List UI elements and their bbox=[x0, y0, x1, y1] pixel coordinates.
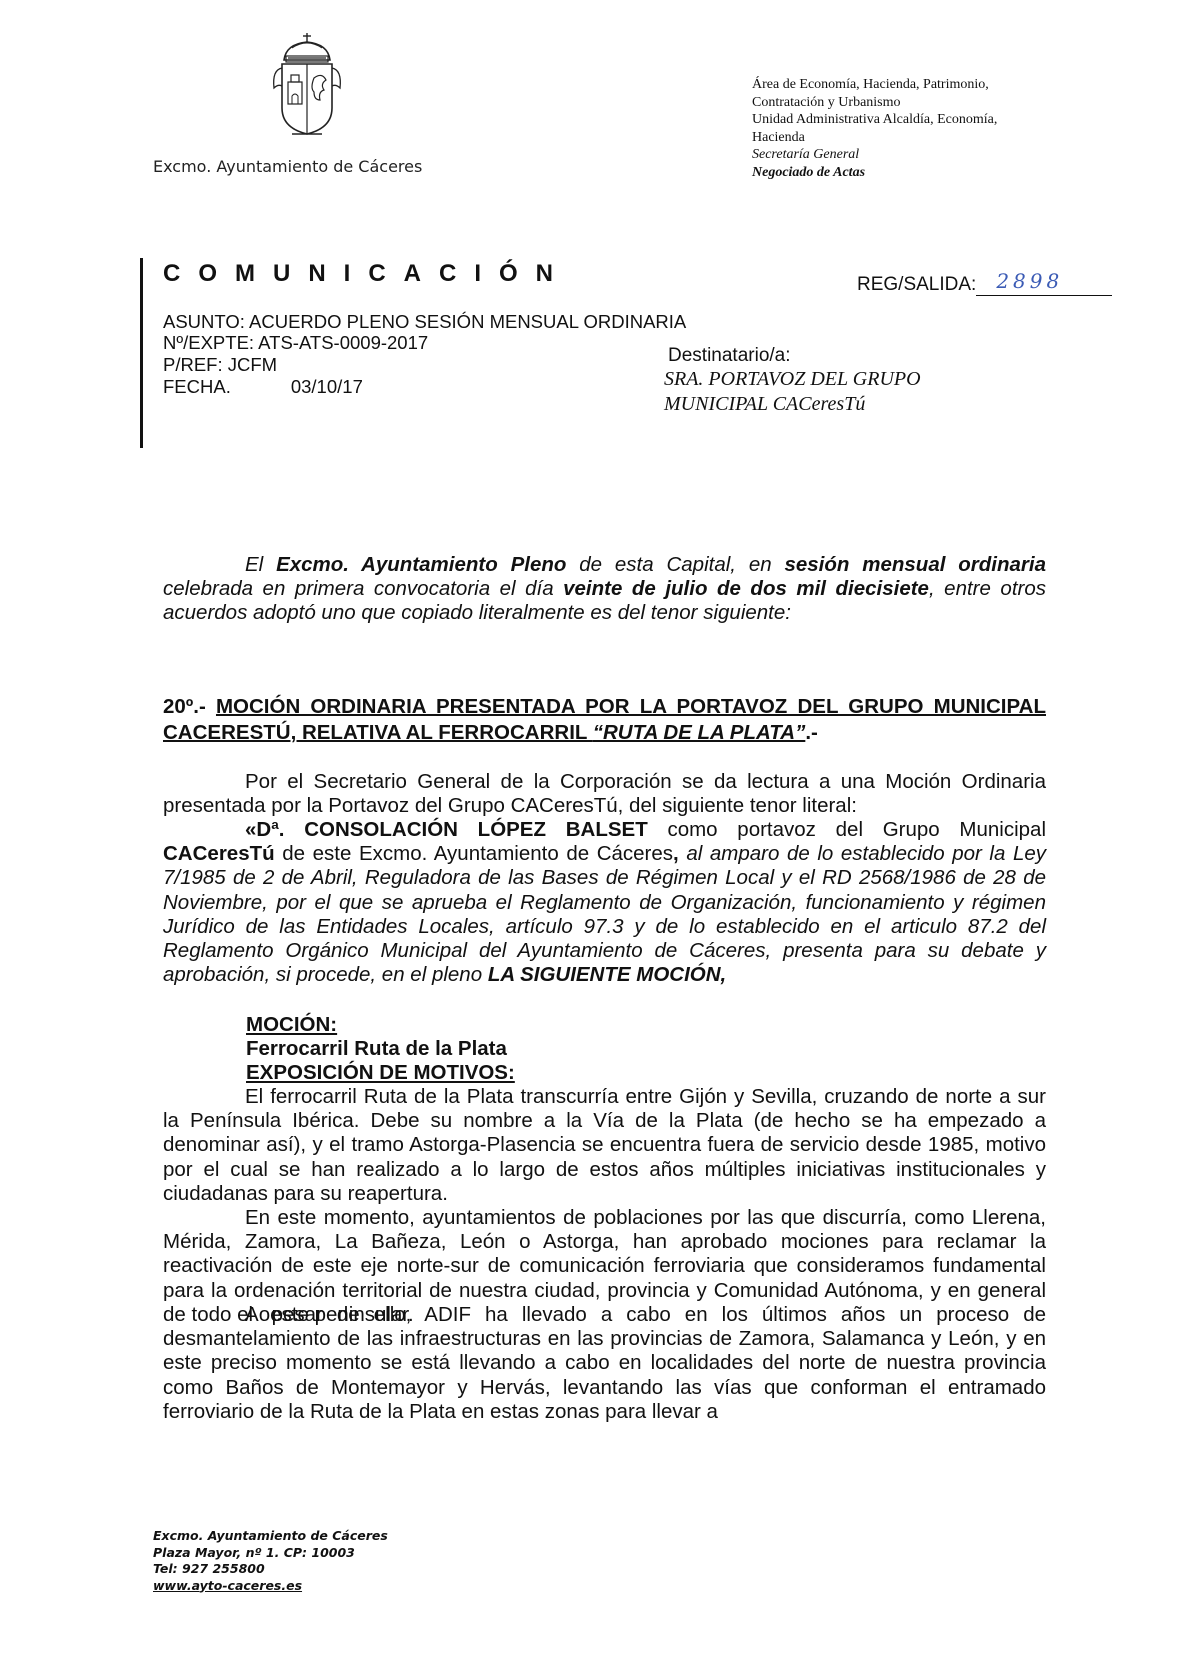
mocion-heading: MOCIÓN: bbox=[246, 1013, 515, 1037]
intro-paragraph: El Excmo. Ayuntamiento Pleno de esta Cap… bbox=[163, 553, 1046, 626]
negociado-line: Negociado de Actas bbox=[752, 164, 997, 182]
expediente-line: Nº/EXPTE: ATS-ATS-0009-2017 bbox=[163, 332, 428, 353]
text-run: Por el Secretario General de la Corporac… bbox=[163, 770, 1046, 817]
document-title: COMUNICACIÓN bbox=[163, 260, 571, 288]
motion-subheadings: MOCIÓN: Ferrocarril Ruta de la Plata EXP… bbox=[246, 1013, 515, 1086]
text-run: «Dª. CONSOLACIÓN LÓPEZ BALSET bbox=[245, 818, 648, 841]
motion-number: 20º.- bbox=[163, 695, 216, 718]
text-run: de esta Capital, en bbox=[566, 553, 784, 576]
secretario-paragraph: Por el Secretario General de la Corporac… bbox=[163, 770, 1046, 818]
text-run: Excmo. Ayuntamiento Pleno bbox=[276, 553, 566, 576]
department-line: Contratación y Urbanismo bbox=[752, 94, 997, 112]
text-run: El ferrocarril Ruta de la Plata transcur… bbox=[163, 1085, 1046, 1205]
motion-title-italic: “RUTA DE LA PLATA” bbox=[593, 721, 806, 744]
date-label: FECHA. bbox=[163, 376, 231, 397]
website-link[interactable]: www.ayto-caceres.es bbox=[153, 1578, 388, 1595]
reference-line: P/REF: JCFM bbox=[163, 354, 277, 375]
registry-number-handwritten: 2898 bbox=[996, 269, 1063, 293]
asunto-line: ASUNTO: ACUERDO PLENO SESIÓN MENSUAL ORD… bbox=[163, 311, 686, 332]
registry-line: 2898 bbox=[976, 275, 1112, 296]
footer-line: Tel: 927 255800 bbox=[153, 1561, 388, 1578]
registry-field: REG/SALIDA:2898 bbox=[857, 274, 1112, 296]
registry-label: REG/SALIDA: bbox=[857, 274, 976, 295]
date-value: 03/10/17 bbox=[291, 376, 363, 397]
coat-of-arms-icon bbox=[262, 30, 352, 140]
text-run: celebrada en primera convocatoria el día bbox=[163, 577, 563, 600]
mocion-subject: Ferrocarril Ruta de la Plata bbox=[246, 1037, 515, 1061]
recipient-label: Destinatario/a: bbox=[668, 345, 791, 367]
department-block: Área de Economía, Hacienda, Patrimonio, … bbox=[752, 76, 997, 181]
organization-name: Excmo. Ayuntamiento de Cáceres bbox=[153, 157, 422, 176]
motion-title-end: .- bbox=[805, 721, 818, 744]
text-run: como portavoz del Grupo Municipal bbox=[648, 818, 1046, 841]
footer-line: Plaza Mayor, nº 1. CP: 10003 bbox=[153, 1545, 388, 1562]
text-run: LA SIGUIENTE MOCIÓN, bbox=[488, 963, 726, 986]
text-run: veinte de julio de dos mil diecisiete bbox=[563, 577, 929, 600]
text-run: CACeresTú bbox=[163, 842, 275, 865]
text-run: A pesar de ello, ADIF ha llevado a cabo … bbox=[163, 1303, 1046, 1423]
recipient-line: SRA. PORTAVOZ DEL GRUPO bbox=[664, 367, 921, 392]
date-line: FECHA.03/10/17 bbox=[163, 376, 363, 397]
exposition-paragraph: A pesar de ello, ADIF ha llevado a cabo … bbox=[163, 1303, 1046, 1424]
text-run: El bbox=[245, 553, 276, 576]
recipient-line: MUNICIPAL CACeresTú bbox=[664, 392, 921, 417]
exposicion-heading: EXPOSICIÓN DE MOTIVOS: bbox=[246, 1061, 515, 1085]
motion-title: 20º.- MOCIÓN ORDINARIA PRESENTADA POR LA… bbox=[163, 694, 1046, 746]
footer-line: Excmo. Ayuntamiento de Cáceres bbox=[153, 1528, 388, 1545]
exposition-paragraph: El ferrocarril Ruta de la Plata transcur… bbox=[163, 1085, 1046, 1206]
recipient-name: SRA. PORTAVOZ DEL GRUPO MUNICIPAL CACere… bbox=[664, 367, 921, 417]
left-margin-bar bbox=[140, 258, 143, 448]
text-run: de este Excmo. Ayuntamiento de Cáceres bbox=[275, 842, 673, 865]
department-line: Hacienda bbox=[752, 129, 997, 147]
consolacion-paragraph: «Dª. CONSOLACIÓN LÓPEZ BALSET como porta… bbox=[163, 818, 1046, 987]
secretaria-line: Secretaría General bbox=[752, 146, 997, 164]
text-run: sesión mensual ordinaria bbox=[784, 553, 1046, 576]
department-line: Unidad Administrativa Alcaldía, Economía… bbox=[752, 111, 997, 129]
department-line: Área de Economía, Hacienda, Patrimonio, bbox=[752, 76, 997, 94]
footer-address: Excmo. Ayuntamiento de Cáceres Plaza May… bbox=[153, 1528, 388, 1594]
